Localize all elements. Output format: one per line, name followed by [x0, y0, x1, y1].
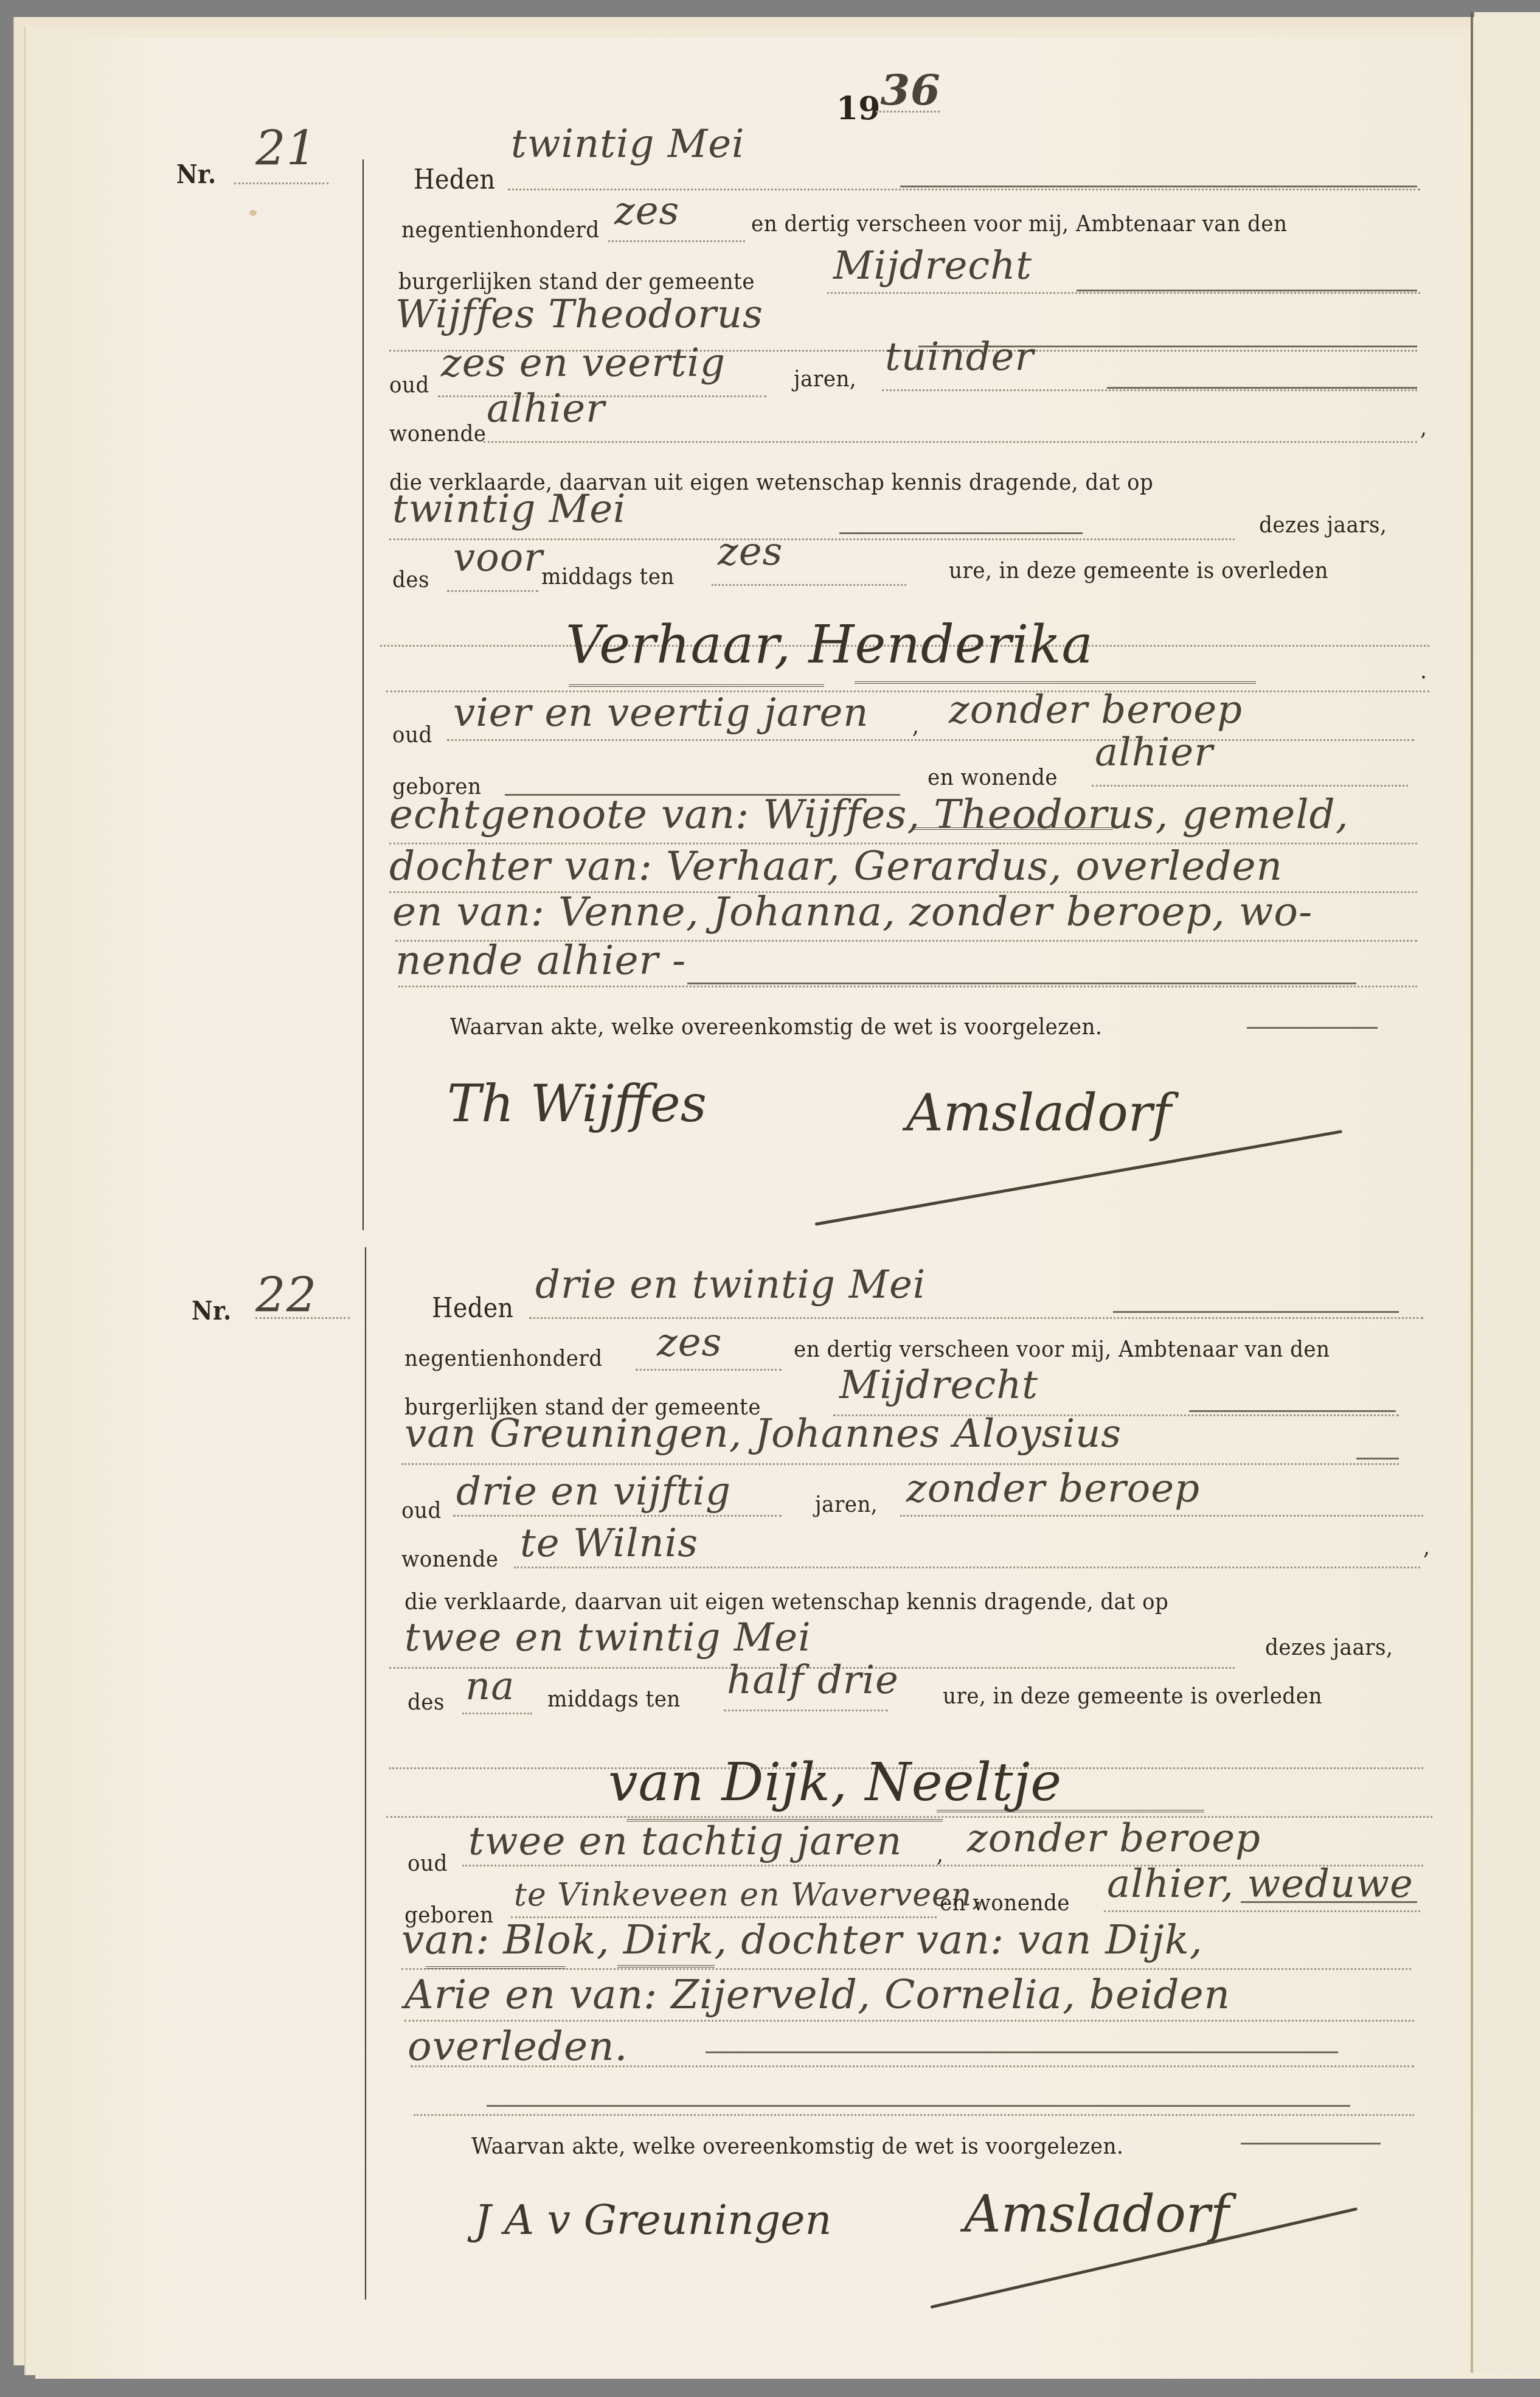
deceased-residence-line	[1092, 785, 1408, 787]
declarant-occupation-line	[900, 1515, 1423, 1517]
born-place: te Vinkeveen en Waverveen,	[514, 1877, 983, 1913]
residence-label: wonende	[401, 1545, 498, 1572]
comma: ,	[1420, 414, 1427, 440]
relations-rule	[411, 2065, 1414, 2067]
heden-dash	[1113, 1311, 1399, 1313]
relations-line: van: Blok, Dirk, dochter van: van Dijk,	[401, 1916, 1203, 1963]
declarant-name-dash	[1356, 1458, 1399, 1459]
time-value-line	[712, 584, 906, 586]
year-line	[636, 1369, 782, 1371]
gemeente-value: Mijdrecht	[839, 1363, 1038, 1408]
time-period-line	[462, 1713, 532, 1714]
comma: ,	[912, 712, 919, 739]
relations-rule	[398, 986, 1417, 987]
death-date-suffix: dezes jaars,	[1265, 1633, 1393, 1660]
time-period-line	[447, 590, 538, 592]
declarant-age: drie en vijftig	[456, 1469, 731, 1514]
closing-dash	[1241, 2143, 1381, 2145]
record-number-line	[234, 183, 328, 184]
declarant-name: van Greuningen, Johannes Aloysius	[404, 1411, 1122, 1456]
time-suffix: ure, in deze gemeente is overleden	[943, 1682, 1322, 1709]
declarant-age-line	[453, 1515, 782, 1517]
year-prefix-label: negentienhonderd	[401, 216, 600, 243]
years-label: jaren,	[815, 1491, 878, 1517]
facing-page-edge	[1474, 12, 1540, 2373]
heden-dash	[900, 186, 1417, 187]
heden-line	[529, 1317, 1423, 1319]
blank-rule	[414, 2114, 1414, 2116]
year-heading: 1936	[836, 79, 941, 130]
declarant-residence: alhier	[487, 386, 605, 431]
year-line	[608, 240, 745, 242]
record-number: 21	[255, 122, 317, 176]
signature-official: Amsladorf	[906, 1083, 1171, 1143]
year-prefix-label: negentienhonderd	[404, 1345, 603, 1371]
gemeente-value: Mijdrecht	[833, 243, 1032, 288]
heden-value: twintig Mei	[511, 122, 745, 167]
signature-declarant: Th Wijffes	[447, 1074, 707, 1133]
relations-underline	[617, 1965, 715, 1967]
gemeente-label: burgerlijken stand der gemeente	[398, 268, 755, 294]
closing-text: Waarvan akte, welke overeenkomstig de we…	[450, 1013, 1102, 1040]
record-number-label: Nr.	[192, 1296, 232, 1326]
declarant-residence: te Wilnis	[520, 1521, 698, 1566]
deceased-name: Verhaar, Henderika	[566, 614, 1094, 675]
declarant-residence-line	[514, 1567, 1420, 1568]
deceased-surname-underline	[569, 684, 824, 687]
relations-dash	[687, 983, 1356, 984]
relations-line: overleden.	[408, 2023, 628, 2070]
margin-rule	[365, 1247, 366, 2300]
year-value: zes	[614, 189, 679, 234]
time-period: na	[465, 1664, 515, 1709]
year-suffix-label: en dertig verscheen voor mij, Ambtenaar …	[751, 210, 1287, 237]
deceased-residence: alhier	[1095, 730, 1213, 775]
relations-line: Arie en van: Zijerveld, Cornelia, beiden	[404, 1971, 1230, 2018]
deceased-given-underline	[937, 1810, 1204, 1812]
death-date-suffix: dezes jaars,	[1259, 511, 1387, 538]
relations-rule	[404, 2020, 1414, 2022]
relations-line: nende alhier -	[395, 937, 686, 984]
death-date-dash	[839, 532, 1083, 534]
middags-label: middags ten	[541, 563, 675, 590]
deceased-name: van Dijk, Neeltje	[608, 1752, 1062, 1813]
paper-stain	[249, 210, 257, 216]
des-label: des	[408, 1688, 445, 1715]
deceased-age-line	[447, 739, 1414, 741]
deceased-age-label: oud	[392, 721, 432, 748]
heden-value: drie en twintig Mei	[535, 1262, 926, 1307]
deceased-occupation: zonder beroep	[967, 1816, 1261, 1861]
relations-line: dochter van: Verhaar, Gerardus, overlede…	[389, 843, 1283, 889]
relations-dash	[706, 2051, 1338, 2053]
relations-line: echtgenoote van: Wijffes, Theodorus, gem…	[389, 791, 1349, 838]
margin-rule	[362, 159, 364, 1230]
deceased-age: twee en tachtig jaren	[468, 1819, 902, 1864]
year-handwritten: 36	[880, 64, 940, 115]
living-label: en wonende	[928, 764, 1058, 790]
heden-label: Heden	[432, 1293, 514, 1324]
year-printed: 19	[836, 90, 880, 127]
time-value-line	[724, 1710, 888, 1711]
comma: ,	[937, 1840, 943, 1867]
living-label: en wonende	[940, 1889, 1070, 1916]
time-value: half drie	[727, 1658, 899, 1703]
deceased-given-underline	[855, 681, 1256, 684]
gemeente-dash	[1077, 290, 1417, 291]
time-period: voor	[453, 535, 543, 580]
death-date: twintig Mei	[392, 487, 626, 532]
blank-dash	[487, 2105, 1350, 2107]
declarant-residence-line	[484, 441, 1417, 443]
year-value: zes	[657, 1320, 722, 1365]
time-value: zes	[718, 529, 783, 574]
middags-label: middags ten	[547, 1685, 681, 1712]
year-fill-line	[876, 111, 940, 113]
residence-label: wonende	[389, 420, 486, 447]
deceased-age-label: oud	[408, 1849, 448, 1876]
deceased-age: vier en veertig jaren	[453, 691, 869, 736]
closing-text: Waarvan akte, welke overeenkomstig de we…	[471, 2132, 1123, 2159]
deceased-name-line	[386, 1816, 1432, 1818]
dot: .	[1420, 657, 1427, 684]
relations-underline	[426, 1966, 566, 1969]
years-label: jaren,	[794, 365, 856, 392]
closing-dash	[1247, 1027, 1378, 1029]
year-suffix-label: en dertig verscheen voor mij, Ambtenaar …	[794, 1335, 1330, 1362]
heden-label: Heden	[414, 164, 496, 195]
record-number: 22	[255, 1268, 317, 1323]
relations-line: en van: Venne, Johanna, zonder beroep, w…	[392, 888, 1313, 935]
declarant-occupation-dash	[1107, 387, 1417, 389]
declarant-name-line	[401, 1463, 1399, 1465]
comma: ,	[1423, 1533, 1430, 1560]
deceased-residence: alhier, weduwe	[1107, 1862, 1413, 1907]
age-label: oud	[389, 371, 429, 398]
record-number-label: Nr.	[176, 159, 217, 189]
death-date: twee en twintig Mei	[404, 1615, 811, 1660]
deceased-residence-dash	[1241, 1901, 1417, 1903]
deceased-residence-line	[1104, 1910, 1420, 1912]
declarant-occupation-line	[882, 389, 1417, 391]
declarant-occupation: tuinder	[885, 335, 1034, 380]
deceased-occupation: zonder beroep	[949, 687, 1243, 732]
declaration-text: die verklaarde, daarvan uit eigen wetens…	[404, 1588, 1168, 1615]
page-fold	[1471, 12, 1473, 2373]
gemeente-line	[827, 292, 1420, 294]
age-label: oud	[401, 1497, 442, 1523]
record-number-line	[255, 1317, 350, 1319]
time-suffix: ure, in deze gemeente is overleden	[949, 557, 1328, 583]
declarant-occupation: zonder beroep	[906, 1466, 1200, 1511]
relations-underline	[912, 827, 1113, 830]
declarant-name: Wijffes Theodorus	[395, 292, 763, 337]
declarant-age: zes en veertig	[441, 341, 726, 386]
des-label: des	[392, 566, 429, 593]
gemeente-dash	[1189, 1410, 1396, 1412]
signature-declarant: J A v Greuningen	[474, 2196, 831, 2244]
signature-official: Amsladorf	[964, 2184, 1229, 2244]
